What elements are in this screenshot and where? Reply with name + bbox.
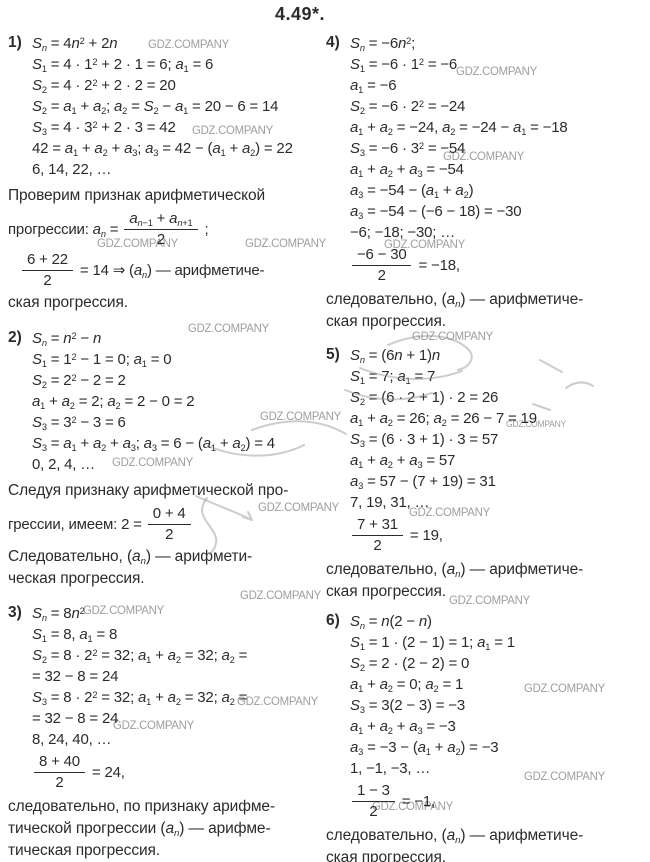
- math-line: a1 + a2 = 2; a2 = 2 − 0 = 2: [32, 391, 320, 412]
- math-line: S2 = (6 · 2 + 1) · 2 = 26: [350, 387, 646, 408]
- math-line: a3 = −54 − (−6 − 18) = −30: [350, 201, 646, 222]
- math-line: Sn = 4n2 + 2n: [32, 33, 320, 54]
- fraction-numerator: −6 − 30: [352, 246, 411, 265]
- math-line: S3 = −6 · 32 = −54: [350, 138, 646, 159]
- math-line: 6, 14, 22, …: [32, 159, 320, 180]
- solution-part: 5)Sn = (6n + 1)nS1 = 7; a1 = 7S2 = (6 · …: [326, 345, 646, 557]
- problem-number-heading: 4.49*.: [230, 4, 370, 25]
- math-line: a1 + a2 + a3 = −3: [350, 716, 646, 737]
- math-line: 42 = a1 + a2 + a3; a3 = 42 − (a1 + a2) =…: [32, 138, 320, 159]
- math-line: a3 = −3 − (a1 + a2) = −3: [350, 737, 646, 758]
- math-line: S3 = 32 − 3 = 6: [32, 412, 320, 433]
- fraction-line: −6 − 302= −18,: [350, 246, 646, 284]
- fraction-result: = 14 ⇒ (an) — арифметиче-: [80, 261, 264, 279]
- math-line: S2 = 22 − 2 = 2: [32, 370, 320, 391]
- fraction-line: 7 + 312= 19,: [350, 516, 646, 554]
- para-line: ская прогрессия.: [8, 292, 320, 314]
- para-line: ская прогрессия.: [326, 581, 646, 603]
- para-line: следовательно, по признаку арифме-: [8, 796, 320, 818]
- text-block: следовательно, (an) — арифметиче-ская пр…: [326, 289, 646, 333]
- math-line: 1, −1, −3, …: [350, 758, 646, 779]
- math-line: a3 = −54 − (a1 + a2): [350, 180, 646, 201]
- fraction-line: грессии, имеем: 2 =0 + 42: [8, 505, 320, 543]
- math-line: Sn = 8n2: [32, 603, 320, 624]
- fraction: 8 + 402: [34, 753, 85, 791]
- text-block: следовательно, по признаку арифме-тическ…: [8, 796, 320, 862]
- math-line: a1 + a2 + a3 = −54: [350, 159, 646, 180]
- fraction-prefix: грессии, имеем: 2 =: [8, 516, 142, 533]
- para-line: следовательно, (an) — арифметиче-: [326, 825, 646, 847]
- right-column: 4)Sn = −6n2;S1 = −6 · 12 = −6a1 = −6S2 =…: [326, 33, 646, 862]
- para-line: ская прогрессия.: [326, 847, 646, 862]
- math-line: Sn = (6n + 1)n: [350, 345, 646, 366]
- fraction-numerator: 8 + 40: [34, 753, 85, 772]
- para-line: Следуя признаку арифметической про-: [8, 480, 320, 502]
- fraction-numerator: 1 − 3: [352, 782, 395, 801]
- math-line: Sn = −6n2;: [350, 33, 646, 54]
- fraction-numerator: 6 + 22: [22, 251, 73, 270]
- fraction-numerator: 0 + 4: [148, 505, 191, 524]
- math-line: 0, 2, 4, …: [32, 454, 320, 475]
- part-lines: Следуя признаку арифметической про-гресс…: [8, 480, 320, 590]
- math-line: = 32 − 8 = 24: [32, 708, 320, 729]
- fraction-result: = 19,: [410, 527, 443, 544]
- part-number-label: 5): [326, 345, 350, 557]
- math-line: a3 = 57 − (7 + 19) = 31: [350, 471, 646, 492]
- math-line: S3 = 8 · 22 = 32; a1 + a2 = 32; a2 =: [32, 687, 320, 708]
- part-number-label: 6): [326, 611, 350, 823]
- solution-part: 3)Sn = 8n2S1 = 8, a1 = 8S2 = 8 · 22 = 32…: [8, 603, 320, 794]
- fraction-line: 1 − 32= −1,: [350, 782, 646, 820]
- math-line: S3 = 4 · 32 + 2 · 3 = 42: [32, 117, 320, 138]
- fraction: an−1 + an+12: [124, 210, 197, 248]
- part-lines: Sn = 4n2 + 2nS1 = 4 · 12 + 2 · 1 = 6; a1…: [32, 33, 320, 180]
- left-column: 1)Sn = 4n2 + 2nS1 = 4 · 12 + 2 · 1 = 6; …: [8, 33, 320, 862]
- solution-part: 2)Sn = n2 − nS1 = 12 − 1 = 0; a1 = 0S2 =…: [8, 328, 320, 475]
- math-line: S1 = 4 · 12 + 2 · 1 = 6; a1 = 6: [32, 54, 320, 75]
- math-line: −6; −18; −30; …: [350, 222, 646, 243]
- part-number-label: 4): [326, 33, 350, 287]
- part-lines: Sn = n(2 − n)S1 = 1 · (2 − 1) = 1; a1 = …: [350, 611, 646, 823]
- para-line: тическая прогрессия.: [8, 840, 320, 862]
- fraction-result: = −18,: [418, 257, 459, 274]
- math-line: a1 + a2 = −24, a2 = −24 − a1 = −18: [350, 117, 646, 138]
- fraction-line: 8 + 402= 24,: [32, 753, 320, 791]
- math-line: S3 = a1 + a2 + a3; a3 = 6 − (a1 + a2) = …: [32, 433, 320, 454]
- fraction-result: ;: [205, 221, 209, 238]
- para-line: Следовательно, (an) — арифмети-: [8, 546, 320, 568]
- fraction-denominator: 2: [124, 229, 197, 248]
- part-lines: Sn = 8n2S1 = 8, a1 = 8S2 = 8 · 22 = 32; …: [32, 603, 320, 794]
- math-line: a1 + a2 + a3 = 57: [350, 450, 646, 471]
- para-line: следовательно, (an) — арифметиче-: [326, 559, 646, 581]
- solution-part: 1)Sn = 4n2 + 2nS1 = 4 · 12 + 2 · 1 = 6; …: [8, 33, 320, 180]
- fraction-denominator: 2: [352, 265, 411, 284]
- fraction-denominator: 2: [148, 524, 191, 543]
- math-line: S1 = 8, a1 = 8: [32, 624, 320, 645]
- para-line: ческая прогрессия.: [8, 568, 320, 590]
- fraction: −6 − 302: [352, 246, 411, 284]
- math-line: a1 + a2 = 26; a2 = 26 − 7 = 19: [350, 408, 646, 429]
- fraction: 6 + 222: [22, 251, 73, 289]
- math-line: S2 = 2 · (2 − 2) = 0: [350, 653, 646, 674]
- math-line: Sn = n(2 − n): [350, 611, 646, 632]
- part-lines: Sn = −6n2;S1 = −6 · 12 = −6a1 = −6S2 = −…: [350, 33, 646, 287]
- part-lines: следовательно, (an) — арифметиче-ская пр…: [326, 289, 646, 333]
- math-line: S1 = 1 · (2 − 1) = 1; a1 = 1: [350, 632, 646, 653]
- math-line: S3 = (6 · 3 + 1) · 3 = 57: [350, 429, 646, 450]
- math-line: S1 = −6 · 12 = −6: [350, 54, 646, 75]
- math-line: S2 = 8 · 22 = 32; a1 + a2 = 32; a2 =: [32, 645, 320, 666]
- para-line: Проверим признак арифметической: [8, 185, 320, 207]
- fraction: 1 − 32: [352, 782, 395, 820]
- fraction: 7 + 312: [352, 516, 403, 554]
- part-number-label: 2): [8, 328, 32, 475]
- text-block: Следуя признаку арифметической про-гресс…: [8, 480, 320, 590]
- fraction-line: 6 + 222= 14 ⇒ (an) — арифметиче-: [20, 251, 320, 289]
- fraction-result: = 24,: [92, 764, 125, 781]
- part-lines: Sn = (6n + 1)nS1 = 7; a1 = 7S2 = (6 · 2 …: [350, 345, 646, 557]
- math-line: S2 = 4 · 22 + 2 · 2 = 20: [32, 75, 320, 96]
- math-line: = 32 − 8 = 24: [32, 666, 320, 687]
- math-line: S2 = a1 + a2; a2 = S2 − a1 = 20 − 6 = 14: [32, 96, 320, 117]
- part-lines: следовательно, (an) — арифметиче-ская пр…: [326, 559, 646, 603]
- text-block: Проверим признак арифметическойпрогресси…: [8, 185, 320, 314]
- math-line: 7, 19, 31, …: [350, 492, 646, 513]
- fraction-denominator: 2: [34, 772, 85, 791]
- fraction: 0 + 42: [148, 505, 191, 543]
- text-block: следовательно, (an) — арифметиче-ская пр…: [326, 559, 646, 603]
- fraction-line: прогрессии: an =an−1 + an+12;: [8, 210, 320, 248]
- math-line: a1 + a2 = 0; a2 = 1: [350, 674, 646, 695]
- para-line: ская прогрессия.: [326, 311, 646, 333]
- fraction-result: = −1,: [402, 793, 435, 810]
- math-line: S1 = 7; a1 = 7: [350, 366, 646, 387]
- math-line: S3 = 3(2 − 3) = −3: [350, 695, 646, 716]
- para-line: тической прогрессии (an) — арифме-: [8, 818, 320, 840]
- solution-part: 6)Sn = n(2 − n)S1 = 1 · (2 − 1) = 1; a1 …: [326, 611, 646, 823]
- fraction-denominator: 2: [22, 270, 73, 289]
- math-line: 8, 24, 40, …: [32, 729, 320, 750]
- fraction-denominator: 2: [352, 535, 403, 554]
- part-number-label: 3): [8, 603, 32, 794]
- math-line: a1 = −6: [350, 75, 646, 96]
- fraction-prefix: прогрессии: an =: [8, 221, 118, 238]
- solution-part: 4)Sn = −6n2;S1 = −6 · 12 = −6a1 = −6S2 =…: [326, 33, 646, 287]
- text-block: следовательно, (an) — арифметиче-ская пр…: [326, 825, 646, 862]
- math-line: S2 = −6 · 22 = −24: [350, 96, 646, 117]
- math-line: S1 = 12 − 1 = 0; a1 = 0: [32, 349, 320, 370]
- fraction-denominator: 2: [352, 801, 395, 820]
- fraction-numerator: an−1 + an+1: [124, 210, 197, 229]
- part-lines: следовательно, (an) — арифметиче-ская пр…: [326, 825, 646, 862]
- para-line: следовательно, (an) — арифметиче-: [326, 289, 646, 311]
- math-line: Sn = n2 − n: [32, 328, 320, 349]
- part-lines: следовательно, по признаку арифме-тическ…: [8, 796, 320, 862]
- part-number-label: 1): [8, 33, 32, 180]
- fraction-numerator: 7 + 31: [352, 516, 403, 535]
- part-lines: Проверим признак арифметическойпрогресси…: [8, 185, 320, 314]
- part-lines: Sn = n2 − nS1 = 12 − 1 = 0; a1 = 0S2 = 2…: [32, 328, 320, 475]
- scanned-solution-page: { "page": { "title": "4.49*.", "watermar…: [0, 0, 650, 862]
